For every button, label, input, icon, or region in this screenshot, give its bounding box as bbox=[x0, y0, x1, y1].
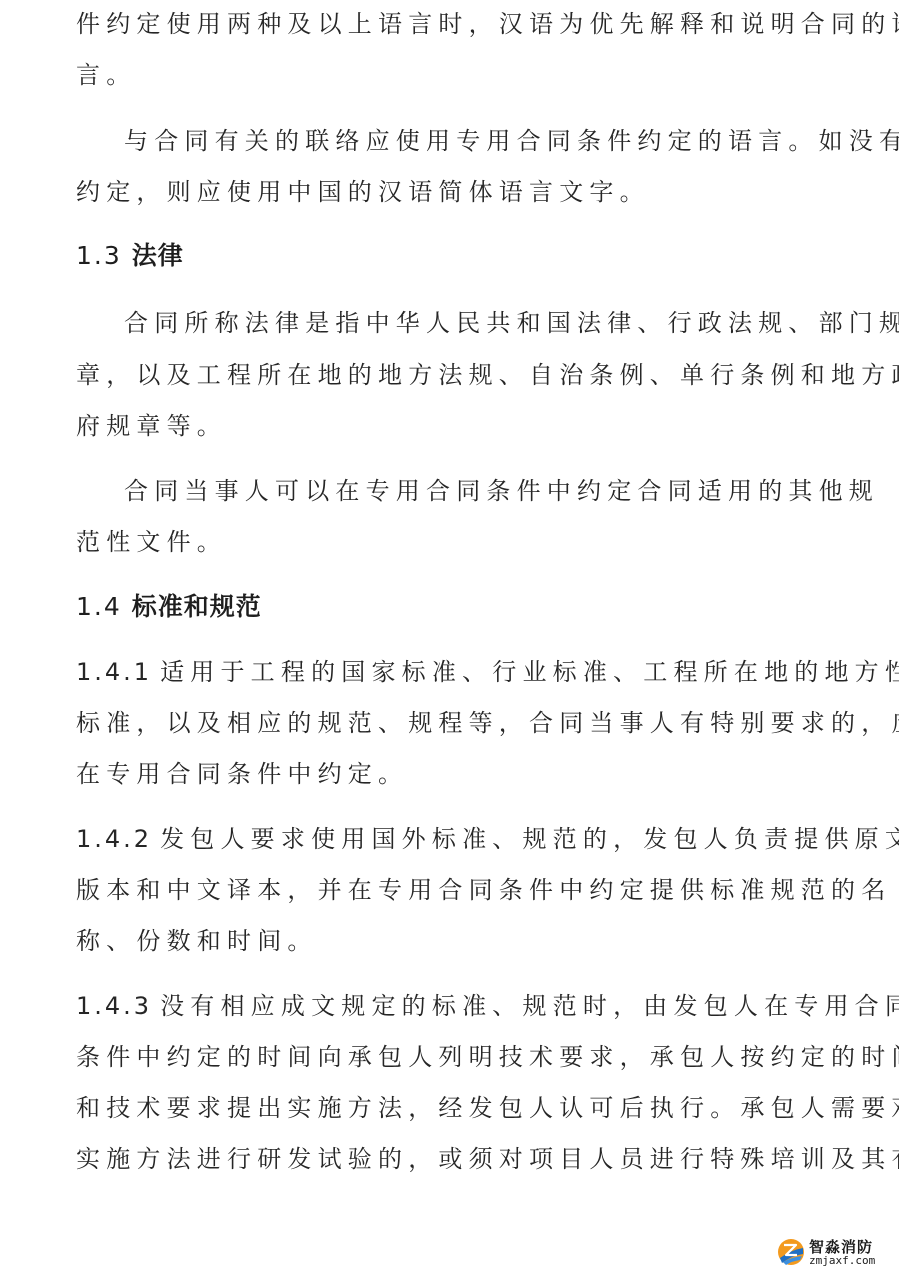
clause-1-4-3: 1.4.3没有相应成文规定的标准、规范时，由发包人在专用合同 bbox=[76, 991, 836, 1021]
section-number: 1.4 bbox=[76, 592, 122, 621]
text-line: 府规章等。 bbox=[76, 411, 836, 441]
text-line: 约定，则应使用中国的汉语简体语言文字。 bbox=[76, 177, 836, 207]
zm-logo-icon bbox=[777, 1238, 805, 1266]
clause-text: 适用于工程的国家标准、行业标准、工程所在地的地方性 bbox=[160, 658, 899, 686]
text-line: 与合同有关的联络应使用专用合同条件约定的语言。如没有 bbox=[124, 126, 884, 156]
text-line: 实施方法进行研发试验的，或须对项目人员进行特殊培训及其有 bbox=[76, 1144, 836, 1174]
section-title: 法律 bbox=[132, 241, 184, 270]
clause-1-4-2: 1.4.2发包人要求使用国外标准、规范的，发包人负责提供原文 bbox=[76, 824, 836, 854]
section-number: 1.3 bbox=[76, 241, 122, 270]
text-line: 条件中约定的时间向承包人列明技术要求，承包人按约定的时间 bbox=[76, 1042, 836, 1072]
text-line: 版本和中文译本，并在专用合同条件中约定提供标准规范的名 bbox=[76, 875, 836, 905]
clause-text: 发包人要求使用国外标准、规范的，发包人负责提供原文 bbox=[160, 825, 899, 853]
text-line: 标准，以及相应的规范、规程等，合同当事人有特别要求的，应 bbox=[76, 708, 836, 738]
clause-number: 1.4.3 bbox=[76, 992, 152, 1020]
text-line: 合同所称法律是指中华人民共和国法律、行政法规、部门规 bbox=[124, 308, 884, 338]
text-line: 合同当事人可以在专用合同条件中约定合同适用的其他规 bbox=[124, 476, 884, 506]
clause-number: 1.4.2 bbox=[76, 825, 152, 853]
text-line: 范性文件。 bbox=[76, 527, 836, 557]
text-line: 和技术要求提出实施方法，经发包人认可后执行。承包人需要对 bbox=[76, 1093, 836, 1123]
text-line: 件约定使用两种及以上语言时，汉语为优先解释和说明合同的语 bbox=[76, 9, 836, 39]
text-line: 在专用合同条件中约定。 bbox=[76, 759, 836, 789]
watermark-url: zmjaxf.com bbox=[809, 1254, 875, 1267]
text-line: 称、份数和时间。 bbox=[76, 926, 836, 956]
section-heading-1-3: 1.3法律 bbox=[76, 241, 184, 271]
section-heading-1-4: 1.4标准和规范 bbox=[76, 592, 262, 622]
text-line: 章，以及工程所在地的地方法规、自治条例、单行条例和地方政 bbox=[76, 360, 836, 390]
document-page: 件约定使用两种及以上语言时，汉语为优先解释和说明合同的语 言。 与合同有关的联络… bbox=[0, 0, 899, 1274]
section-title: 标准和规范 bbox=[132, 592, 262, 621]
clause-number: 1.4.1 bbox=[76, 658, 152, 686]
watermark-logo: 智淼消防 zmjaxf.com bbox=[777, 1234, 897, 1270]
text-line: 言。 bbox=[76, 60, 836, 90]
clause-1-4-1: 1.4.1适用于工程的国家标准、行业标准、工程所在地的地方性 bbox=[76, 657, 836, 687]
clause-text: 没有相应成文规定的标准、规范时，由发包人在专用合同 bbox=[160, 992, 899, 1020]
